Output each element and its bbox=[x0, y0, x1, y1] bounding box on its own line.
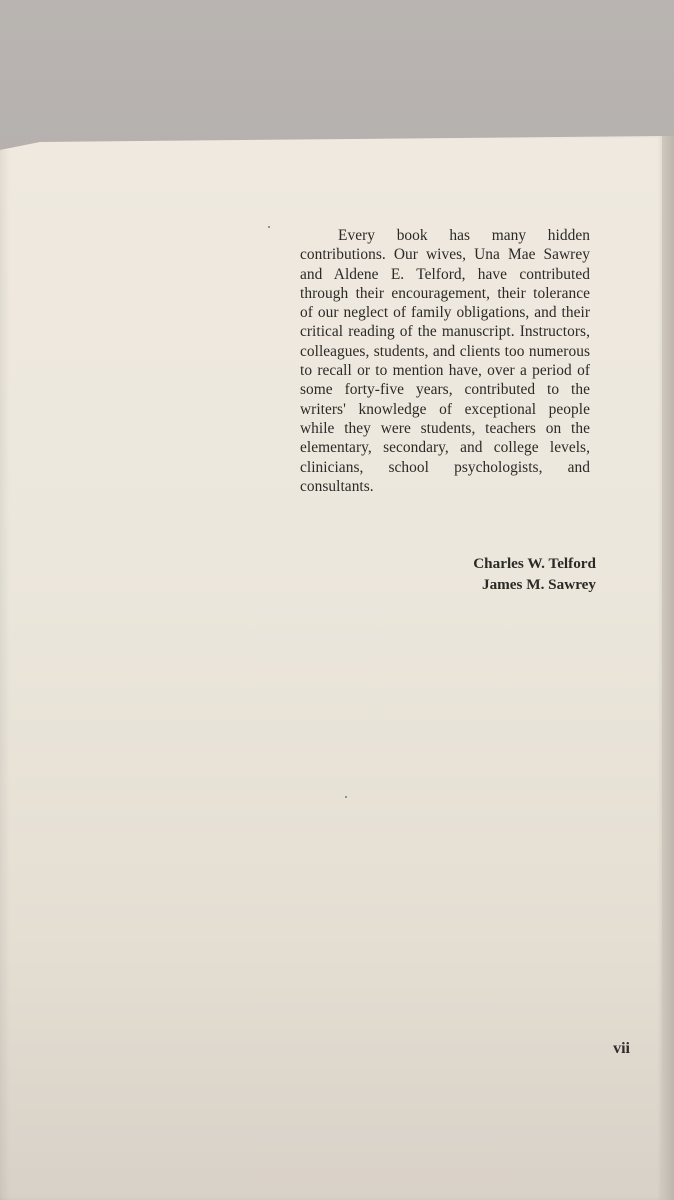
page-edge bbox=[662, 136, 674, 1200]
page-number: vii bbox=[600, 1040, 630, 1058]
acknowledgment-paragraph: Every book has many hidden contributions… bbox=[300, 226, 590, 496]
signature-author-1: Charles W. Telford bbox=[400, 553, 596, 574]
paper-speck bbox=[345, 796, 347, 798]
signature-block: Charles W. Telford James M. Sawrey bbox=[400, 553, 596, 595]
paper-speck bbox=[268, 226, 270, 228]
signature-author-2: James M. Sawrey bbox=[400, 574, 596, 595]
page-shadow bbox=[0, 150, 10, 1200]
